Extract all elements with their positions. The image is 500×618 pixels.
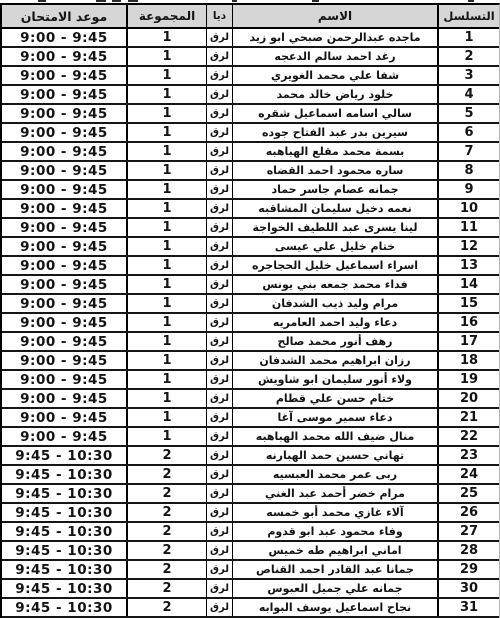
name-cell: رغد احمد سالم الدعجه [232, 48, 437, 65]
clipped-cell: لرق [206, 29, 232, 46]
serial-cell: 19 [437, 371, 499, 388]
exam-time-cell: 9:45 - 10:30 [2, 599, 126, 616]
name-cell: مرام خضر أحمد عبد الغني [232, 485, 437, 502]
exam-time-cell: 9:45 - 10:30 [2, 523, 126, 540]
serial-cell: 11 [437, 219, 499, 236]
name-cell: وفاء محمود عبد ابو قدوم [232, 523, 437, 540]
name-cell: رزان ابراهيم محمد الشدفان [232, 352, 437, 369]
exam-time-cell: 9:00 - 9:45 [2, 143, 126, 160]
name-cell: مرام وليد ذيب الشدفان [232, 295, 437, 312]
name-cell: لينا يسرى عبد اللطيف الخواجة [232, 219, 437, 236]
clipped-cell: لرق [206, 333, 232, 350]
group-cell: 1 [126, 181, 206, 198]
serial-cell: 12 [437, 238, 499, 255]
table-row: 19 ولاء أنور سليمان ابو شاويش لرق 1 9:00… [2, 371, 499, 390]
group-cell: 1 [126, 352, 206, 369]
exam-time-cell: 9:00 - 9:45 [2, 238, 126, 255]
clipped-cell: لرق [206, 599, 232, 616]
clipped-cell: لرق [206, 219, 232, 236]
table-row: 25 مرام خضر أحمد عبد الغني لرق 2 9:45 - … [2, 485, 499, 504]
name-cell: اماني ابراهيم طه خميس [232, 542, 437, 559]
clipped-cell: لرق [206, 86, 232, 103]
group-cell: 1 [126, 200, 206, 217]
group-cell: 2 [126, 599, 206, 616]
group-cell: 1 [126, 86, 206, 103]
table-row: 26 آلاء غازي محمد أبو خمسه لرق 2 9:45 - … [2, 504, 499, 523]
exam-time-cell: 9:00 - 9:45 [2, 390, 126, 407]
serial-cell: 2 [437, 48, 499, 65]
group-cell: 1 [126, 143, 206, 160]
name-cell: تهاني حسين حمد الهبارنه [232, 447, 437, 464]
serial-cell: 21 [437, 409, 499, 426]
table-row: 4 خلود رياض خالد محمد لرق 1 9:00 - 9:45 [2, 86, 499, 105]
clipped-cell: لرق [206, 295, 232, 312]
header-clipped-column: ديا [206, 5, 232, 27]
clipped-top-text-remnant [0, 0, 500, 3]
exam-time-cell: 9:00 - 9:45 [2, 219, 126, 236]
group-cell: 1 [126, 409, 206, 426]
table-row: 23 تهاني حسين حمد الهبارنه لرق 2 9:45 - … [2, 447, 499, 466]
clipped-cell: لرق [206, 67, 232, 84]
name-cell: ساره محمود احمد القضاه [232, 162, 437, 179]
clipped-cell: لرق [206, 409, 232, 426]
serial-cell: 24 [437, 466, 499, 483]
serial-cell: 26 [437, 504, 499, 521]
clipped-cell: لرق [206, 371, 232, 388]
group-cell: 2 [126, 504, 206, 521]
table-row: 2 رغد احمد سالم الدعجه لرق 1 9:00 - 9:45 [2, 48, 499, 67]
name-cell: جمانه عصام جاسر حماد [232, 181, 437, 198]
exam-time-cell: 9:45 - 10:30 [2, 542, 126, 559]
clipped-cell: لرق [206, 523, 232, 540]
clipped-cell: لرق [206, 447, 232, 464]
table-row: 18 رزان ابراهيم محمد الشدفان لرق 1 9:00 … [2, 352, 499, 371]
group-cell: 1 [126, 314, 206, 331]
header-group: المجموعة [126, 5, 206, 27]
group-cell: 2 [126, 561, 206, 578]
name-cell: اسراء اسماعيل خليل الحجاجره [232, 257, 437, 274]
group-cell: 1 [126, 162, 206, 179]
clipped-cell: لرق [206, 162, 232, 179]
exam-time-cell: 9:00 - 9:45 [2, 200, 126, 217]
serial-cell: 6 [437, 124, 499, 141]
serial-cell: 1 [437, 29, 499, 46]
group-cell: 1 [126, 238, 206, 255]
exam-time-cell: 9:00 - 9:45 [2, 314, 126, 331]
exam-time-cell: 9:00 - 9:45 [2, 86, 126, 103]
table-row: 16 دعاء وليد احمد العامريه لرق 1 9:00 - … [2, 314, 499, 333]
clipped-cell: لرق [206, 105, 232, 122]
clipped-cell: لرق [206, 580, 232, 597]
group-cell: 1 [126, 48, 206, 65]
group-cell: 1 [126, 276, 206, 293]
exam-time-cell: 9:00 - 9:45 [2, 67, 126, 84]
exam-time-cell: 9:45 - 10:30 [2, 580, 126, 597]
name-cell: سيرين بدر عبد الفتاح جوده [232, 124, 437, 141]
name-cell: جمانه علي جميل العبوس [232, 580, 437, 597]
table-body: 1 ماجده عبدالرحمن صبحي ابو زيد لرق 1 9:0… [2, 29, 499, 618]
table-row: 9 جمانه عصام جاسر حماد لرق 1 9:00 - 9:45 [2, 181, 499, 200]
exam-time-cell: 9:00 - 9:45 [2, 276, 126, 293]
name-cell: شفا علي محمد الغويري [232, 67, 437, 84]
name-cell: ولاء أنور سليمان ابو شاويش [232, 371, 437, 388]
exam-time-cell: 9:00 - 9:45 [2, 29, 126, 46]
group-cell: 2 [126, 580, 206, 597]
table-row: 22 منال ضيف الله محمد الهباهبه لرق 1 9:0… [2, 428, 499, 447]
table-row: 29 جمانا عبد القادر احمد القناص لرق 2 9:… [2, 561, 499, 580]
serial-cell: 31 [437, 599, 499, 616]
table-row: 5 سالي اسامه اسماعيل شقره لرق 1 9:00 - 9… [2, 105, 499, 124]
table-row: 15 مرام وليد ذيب الشدفان لرق 1 9:00 - 9:… [2, 295, 499, 314]
exam-time-cell: 9:00 - 9:45 [2, 48, 126, 65]
exam-time-cell: 9:45 - 10:30 [2, 561, 126, 578]
group-cell: 1 [126, 333, 206, 350]
serial-cell: 5 [437, 105, 499, 122]
clipped-cell: لرق [206, 352, 232, 369]
serial-cell: 25 [437, 485, 499, 502]
name-cell: خلود رياض خالد محمد [232, 86, 437, 103]
group-cell: 1 [126, 124, 206, 141]
exam-time-cell: 9:45 - 10:30 [2, 466, 126, 483]
clipped-cell: لرق [206, 390, 232, 407]
clipped-cell: لرق [206, 200, 232, 217]
header-serial: التسلسل [437, 5, 499, 27]
name-cell: جمانا عبد القادر احمد القناص [232, 561, 437, 578]
serial-cell: 22 [437, 428, 499, 445]
header-exam-time: موعد الامتحان [2, 5, 126, 27]
clipped-cell: لرق [206, 257, 232, 274]
table-row: 8 ساره محمود احمد القضاه لرق 1 9:00 - 9:… [2, 162, 499, 181]
serial-cell: 13 [437, 257, 499, 274]
serial-cell: 27 [437, 523, 499, 540]
clipped-cell: لرق [206, 314, 232, 331]
exam-time-cell: 9:45 - 10:30 [2, 504, 126, 521]
serial-cell: 28 [437, 542, 499, 559]
group-cell: 2 [126, 485, 206, 502]
exam-time-cell: 9:00 - 9:45 [2, 124, 126, 141]
group-cell: 2 [126, 523, 206, 540]
group-cell: 1 [126, 257, 206, 274]
serial-cell: 20 [437, 390, 499, 407]
clipped-cell: لرق [206, 504, 232, 521]
table-header-row: التسلسل الاسم ديا المجموعة موعد الامتحان [2, 5, 499, 29]
group-cell: 1 [126, 29, 206, 46]
name-cell: منال ضيف الله محمد الهباهبه [232, 428, 437, 445]
table-row: 21 دعاء سمير موسى آغا لرق 1 9:00 - 9:45 [2, 409, 499, 428]
table-row: 28 اماني ابراهيم طه خميس لرق 2 9:45 - 10… [2, 542, 499, 561]
exam-time-cell: 9:00 - 9:45 [2, 181, 126, 198]
name-cell: ختام خليل علي عيسى [232, 238, 437, 255]
name-cell: دعاء وليد احمد العامريه [232, 314, 437, 331]
group-cell: 2 [126, 542, 206, 559]
exam-schedule-table: التسلسل الاسم ديا المجموعة موعد الامتحان… [0, 3, 500, 618]
group-cell: 1 [126, 390, 206, 407]
exam-time-cell: 9:00 - 9:45 [2, 295, 126, 312]
serial-cell: 30 [437, 580, 499, 597]
name-cell: سالي اسامه اسماعيل شقره [232, 105, 437, 122]
name-cell: بسمة محمد مقلع الهباهبه [232, 143, 437, 160]
group-cell: 2 [126, 447, 206, 464]
clipped-cell: لرق [206, 542, 232, 559]
table-row: 31 نجاح اسماعيل يوسف البوابه لرق 2 9:45 … [2, 599, 499, 618]
table-row: 30 جمانه علي جميل العبوس لرق 2 9:45 - 10… [2, 580, 499, 599]
group-cell: 1 [126, 295, 206, 312]
serial-cell: 23 [437, 447, 499, 464]
exam-time-cell: 9:00 - 9:45 [2, 371, 126, 388]
exam-time-cell: 9:00 - 9:45 [2, 257, 126, 274]
table-row: 10 نعمه دخيل سليمان المشاقبه لرق 1 9:00 … [2, 200, 499, 219]
name-cell: نعمه دخيل سليمان المشاقبه [232, 200, 437, 217]
header-name: الاسم [232, 5, 437, 27]
serial-cell: 16 [437, 314, 499, 331]
name-cell: ربى عمر محمد العبسيه [232, 466, 437, 483]
clipped-cell: لرق [206, 48, 232, 65]
table-row: 12 ختام خليل علي عيسى لرق 1 9:00 - 9:45 [2, 238, 499, 257]
exam-time-cell: 9:00 - 9:45 [2, 409, 126, 426]
serial-cell: 4 [437, 86, 499, 103]
table-row: 13 اسراء اسماعيل خليل الحجاجره لرق 1 9:0… [2, 257, 499, 276]
group-cell: 1 [126, 219, 206, 236]
serial-cell: 18 [437, 352, 499, 369]
clipped-cell: لرق [206, 124, 232, 141]
name-cell: فداء محمد جمعه بني يونس [232, 276, 437, 293]
name-cell: دعاء سمير موسى آغا [232, 409, 437, 426]
table-row: 7 بسمة محمد مقلع الهباهبه لرق 1 9:00 - 9… [2, 143, 499, 162]
serial-cell: 29 [437, 561, 499, 578]
table-row: 20 ختام حسن علي قطام لرق 1 9:00 - 9:45 [2, 390, 499, 409]
table-row: 1 ماجده عبدالرحمن صبحي ابو زيد لرق 1 9:0… [2, 29, 499, 48]
exam-time-cell: 9:00 - 9:45 [2, 352, 126, 369]
serial-cell: 10 [437, 200, 499, 217]
clipped-cell: لرق [206, 428, 232, 445]
serial-cell: 17 [437, 333, 499, 350]
serial-cell: 3 [437, 67, 499, 84]
clipped-cell: لرق [206, 561, 232, 578]
group-cell: 2 [126, 466, 206, 483]
serial-cell: 15 [437, 295, 499, 312]
table-row: 3 شفا علي محمد الغويري لرق 1 9:00 - 9:45 [2, 67, 499, 86]
exam-time-cell: 9:00 - 9:45 [2, 162, 126, 179]
name-cell: رهف أنور محمد صالح [232, 333, 437, 350]
table-row: 27 وفاء محمود عبد ابو قدوم لرق 2 9:45 - … [2, 523, 499, 542]
name-cell: آلاء غازي محمد أبو خمسه [232, 504, 437, 521]
exam-time-cell: 9:00 - 9:45 [2, 105, 126, 122]
name-cell: ختام حسن علي قطام [232, 390, 437, 407]
name-cell: نجاح اسماعيل يوسف البوابه [232, 599, 437, 616]
clipped-cell: لرق [206, 485, 232, 502]
group-cell: 1 [126, 428, 206, 445]
table-row: 17 رهف أنور محمد صالح لرق 1 9:00 - 9:45 [2, 333, 499, 352]
group-cell: 1 [126, 371, 206, 388]
table-row: 24 ربى عمر محمد العبسيه لرق 2 9:45 - 10:… [2, 466, 499, 485]
clipped-cell: لرق [206, 238, 232, 255]
serial-cell: 9 [437, 181, 499, 198]
table-row: 11 لينا يسرى عبد اللطيف الخواجة لرق 1 9:… [2, 219, 499, 238]
clipped-cell: لرق [206, 466, 232, 483]
table-row: 14 فداء محمد جمعه بني يونس لرق 1 9:00 - … [2, 276, 499, 295]
group-cell: 1 [126, 67, 206, 84]
group-cell: 1 [126, 105, 206, 122]
serial-cell: 7 [437, 143, 499, 160]
name-cell: ماجده عبدالرحمن صبحي ابو زيد [232, 29, 437, 46]
exam-time-cell: 9:00 - 9:45 [2, 428, 126, 445]
serial-cell: 14 [437, 276, 499, 293]
exam-time-cell: 9:00 - 9:45 [2, 333, 126, 350]
clipped-cell: لرق [206, 143, 232, 160]
serial-cell: 8 [437, 162, 499, 179]
exam-time-cell: 9:45 - 10:30 [2, 447, 126, 464]
clipped-cell: لرق [206, 276, 232, 293]
table-row: 6 سيرين بدر عبد الفتاح جوده لرق 1 9:00 -… [2, 124, 499, 143]
exam-time-cell: 9:45 - 10:30 [2, 485, 126, 502]
clipped-cell: لرق [206, 181, 232, 198]
